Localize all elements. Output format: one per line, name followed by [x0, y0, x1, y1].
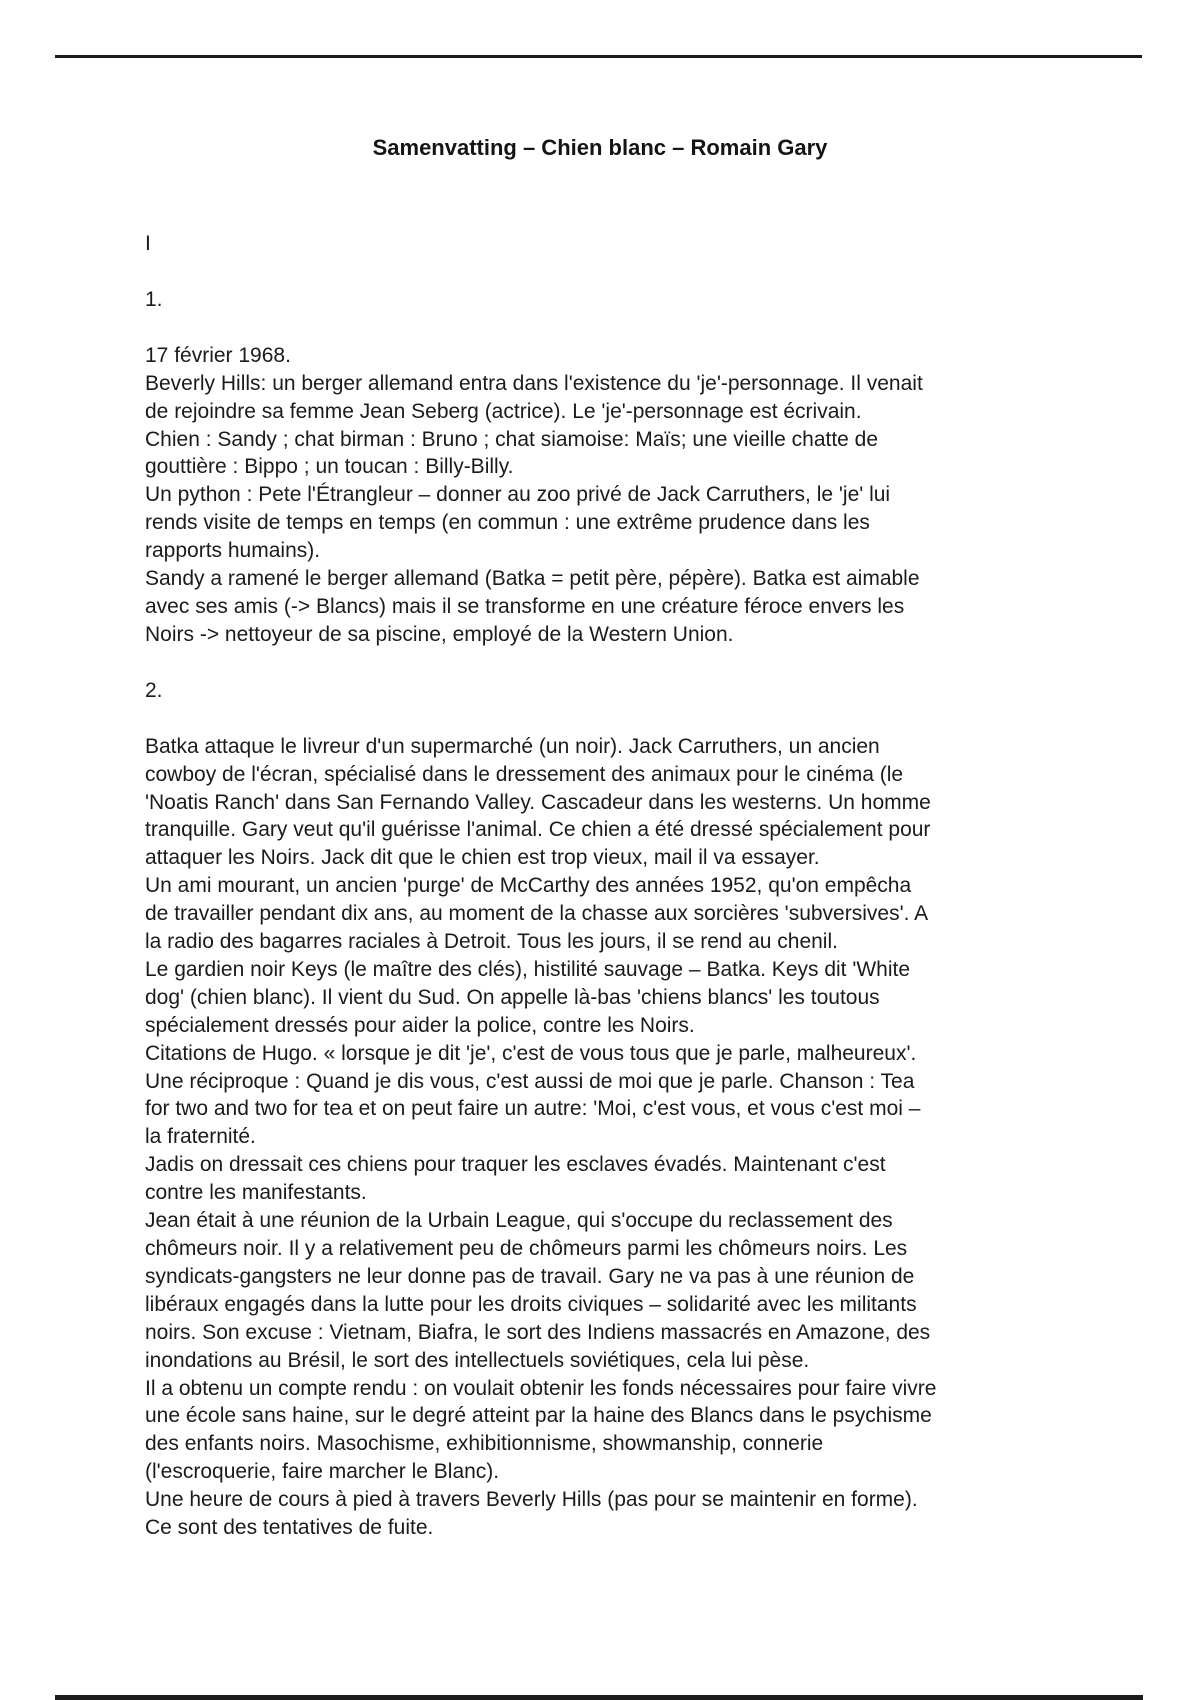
- next-page-top-edge: [55, 1695, 1143, 1700]
- page-top-rule: [55, 55, 1142, 58]
- document-body: I 1. 17 février 1968. Beverly Hills: un …: [145, 230, 1150, 1570]
- section-1-heading: 1.: [145, 286, 1150, 314]
- part-label: I: [145, 230, 1150, 258]
- document-title: Samenvatting – Chien blanc – Romain Gary: [0, 134, 1200, 162]
- section-1-paragraph: 17 février 1968. Beverly Hills: un berge…: [145, 342, 1150, 649]
- document-page: Samenvatting – Chien blanc – Romain Gary…: [0, 0, 1200, 1700]
- section-2-heading: 2.: [145, 677, 1150, 705]
- section-2-paragraph: Batka attaque le livreur d'un supermarch…: [145, 733, 1150, 1542]
